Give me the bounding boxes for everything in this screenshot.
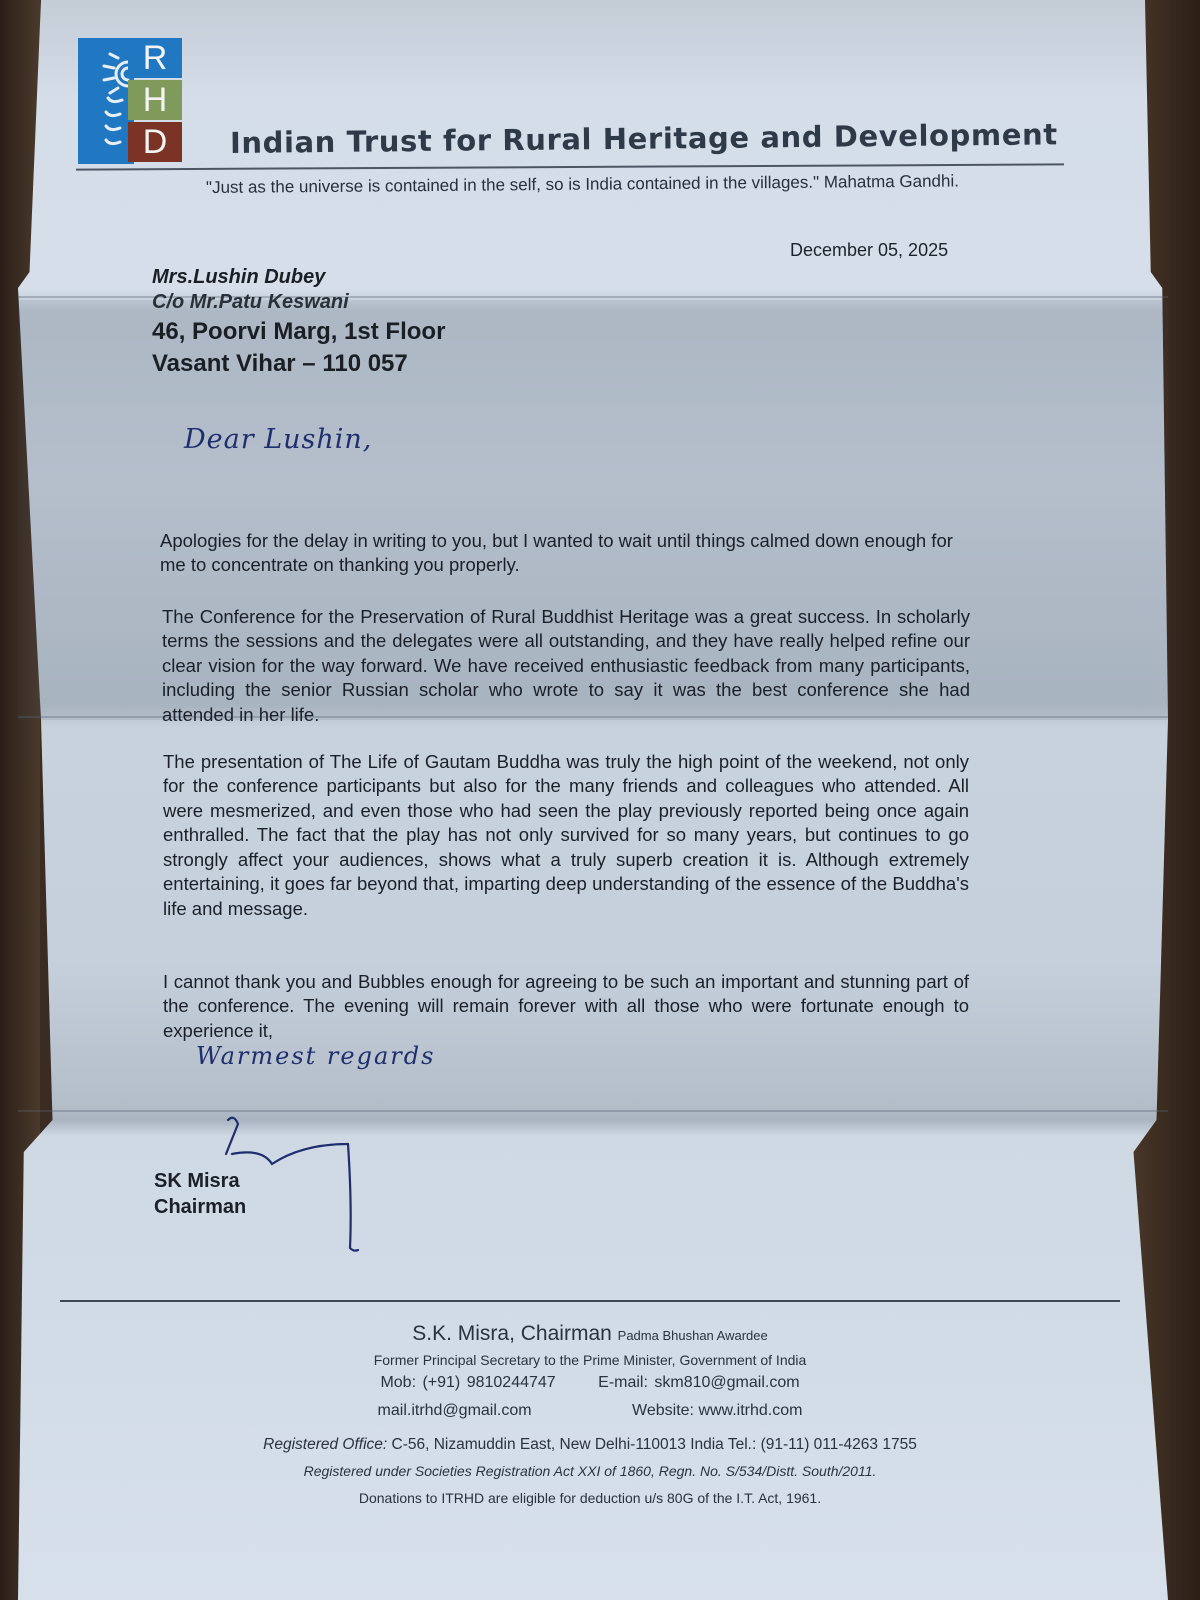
recipient-name: Mrs.Lushin Dubey [152,266,445,289]
recipient-address: Mrs.Lushin Dubey C/o Mr.Patu Keswani 46,… [152,266,445,378]
signer-name: SK Misra [154,1168,246,1194]
signer-title: Chairman [154,1194,246,1220]
letter-date: December 05, 2025 [790,240,948,261]
fold-crease [18,1110,1168,1112]
footer-former-role: Former Principal Secretary to the Prime … [60,1352,1120,1368]
footer-divider [60,1300,1120,1302]
handwritten-closing: Warmest regards [196,1042,435,1070]
body-paragraph-1: Apologies for the delay in writing to yo… [160,529,978,578]
body-paragraph-4: I cannot thank you and Bubbles enough fo… [163,970,969,1044]
footer-name-title: S.K. Misra, Chairman [412,1322,612,1345]
logo-letter-d: D [128,122,182,162]
footer-registered-office-text: C-56, Nizamuddin East, New Delhi-110013 … [392,1436,917,1453]
footer-registered-office: Registered Office: C-56, Nizamuddin East… [60,1436,1120,1454]
footer-donations: Donations to ITRHD are eligible for dedu… [60,1490,1120,1506]
footer-web: mail.itrhd@gmail.com Website: www.itrhd.… [60,1402,1120,1420]
handwritten-salutation: Dear Lushin, [184,424,372,455]
logo-letter-h: H [128,80,182,120]
body-paragraph-2: The Conference for the Preservation of R… [162,605,970,728]
recipient-address-line1: 46, Poorvi Marg, 1st Floor [152,318,445,346]
logo-letter-r: R [128,38,182,78]
footer-registration: Registered under Societies Registration … [60,1463,1120,1479]
footer-award: Padma Bhushan Awardee [618,1328,768,1343]
footer-contacts: Mob: (+91) 9810244747 E-mail: skm810@gma… [60,1374,1120,1392]
footer-org-email: mail.itrhd@gmail.com [378,1402,532,1419]
itrhd-logo: R H D [78,38,186,164]
recipient-care-of: C/o Mr.Patu Keswani [152,291,445,314]
footer-registered-office-label: Registered Office: [263,1436,387,1453]
recipient-address-line2: Vasant Vihar – 110 057 [152,350,445,378]
signer-block: SK Misra Chairman [154,1168,246,1220]
body-paragraph-3: The presentation of The Life of Gautam B… [163,750,969,922]
footer-website: Website: www.itrhd.com [632,1402,802,1419]
footer-mobile: Mob: (+91) 9810244747 [380,1374,555,1391]
footer-email: E-mail: skm810@gmail.com [598,1374,799,1391]
footer-name: S.K. Misra, Chairman Padma Bhushan Award… [60,1322,1120,1346]
